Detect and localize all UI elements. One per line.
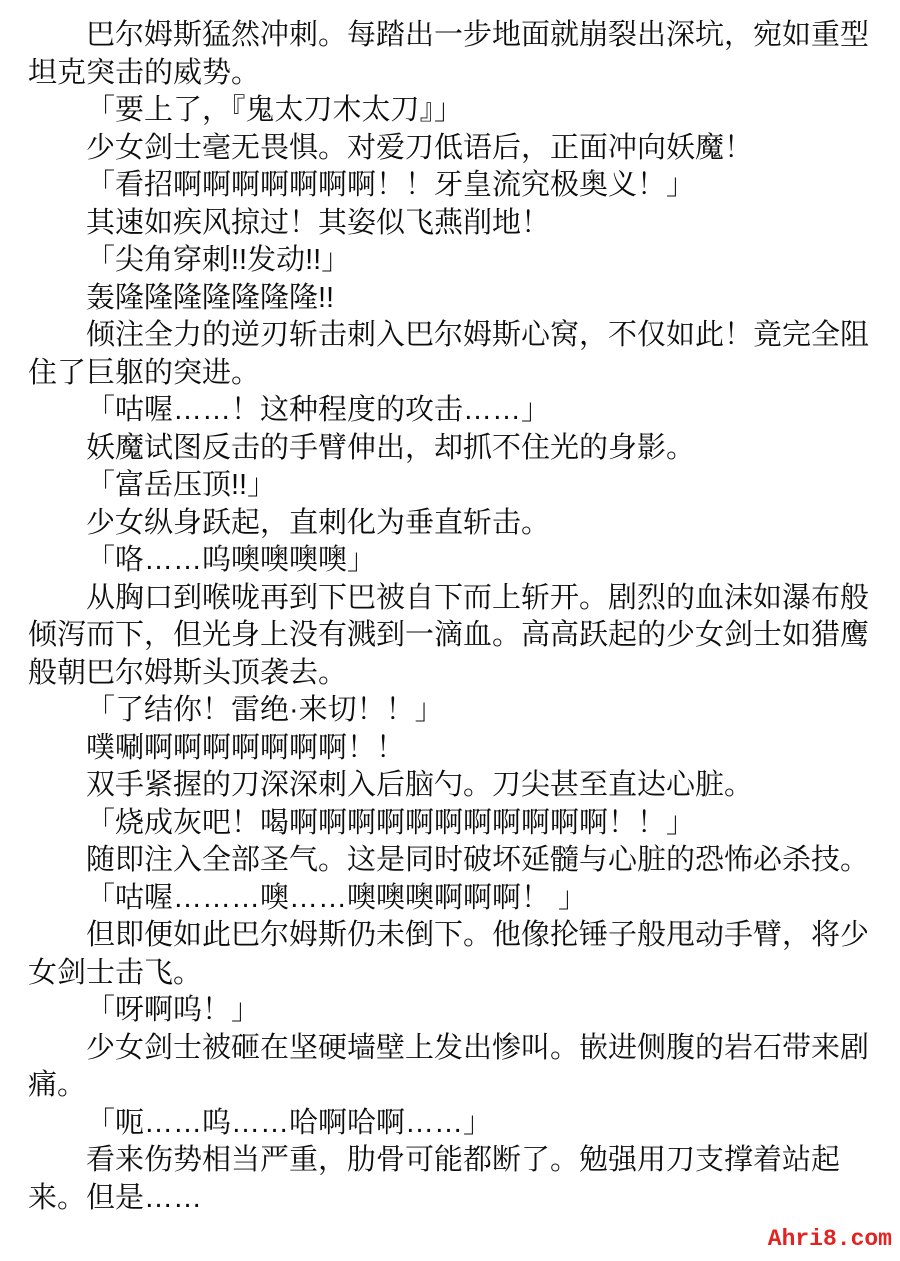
text-line: 倾泻而下，但光身上没有溅到一滴血。高高跃起的少女剑士如猎鹰 [28, 617, 873, 655]
text-line: 来。但是…… [28, 1180, 873, 1218]
text-line: 少女剑士毫无畏惧。对爱刀低语后，正面冲向妖魔！ [28, 130, 873, 168]
watermark-ahri8: Ahri8.com [768, 1226, 892, 1252]
text-line: 从胸口到喉咙再到下巴被自下而上斩开。剧烈的血沫如瀑布般 [28, 580, 873, 618]
text-line: 「了结你！雷绝·来切！！」 [28, 692, 873, 730]
paragraph: 从胸口到喉咙再到下巴被自下而上斩开。剧烈的血沫如瀑布般倾泻而下，但光身上没有溅到… [28, 580, 873, 693]
paragraph: 「呀啊呜！」 [28, 992, 873, 1030]
text-line: 「呃……呜……哈啊哈啊……」 [28, 1105, 873, 1143]
text-line: 「呀啊呜！」 [28, 992, 873, 1030]
novel-page: 巴尔姆斯猛然冲刺。每踏出一步地面就崩裂出深坑，宛如重型坦克突击的威势。 「要上了… [0, 0, 900, 1261]
text-line: 噗唰啊啊啊啊啊啊啊！！ [28, 730, 873, 768]
text-line: 坦克突击的威势。 [28, 55, 873, 93]
text-line: 少女纵身跃起，直刺化为垂直斩击。 [28, 505, 873, 543]
paragraph: 双手紧握的刀深深刺入后脑勺。刀尖甚至直达心脏。 [28, 767, 873, 805]
text-line: 「看招啊啊啊啊啊啊啊！！牙皇流究极奥义！」 [28, 167, 873, 205]
text-line: 「要上了，『鬼太刀木太刀』」 [28, 92, 873, 130]
text-line: 轰隆隆隆隆隆隆隆!! [28, 280, 873, 318]
text-line: 「烧成灰吧！喝啊啊啊啊啊啊啊啊啊啊啊！！」 [28, 805, 873, 843]
paragraph: 妖魔试图反击的手臂伸出，却抓不住光的身影。 [28, 430, 873, 468]
paragraph: 少女剑士毫无畏惧。对爱刀低语后，正面冲向妖魔！ [28, 130, 873, 168]
paragraph: 「咕喔………噢……噢噢噢啊啊啊！ 」 [28, 880, 873, 918]
text-line: 「咯……呜噢噢噢噢」 [28, 542, 873, 580]
paragraph: 噗唰啊啊啊啊啊啊啊！！ [28, 730, 873, 768]
paragraph: 「尖角穿刺!!发动!!」 [28, 242, 873, 280]
paragraph: 但即便如此巴尔姆斯仍未倒下。他像抡锤子般甩动手臂，将少女剑士击飞。 [28, 917, 873, 992]
text-line: 随即注入全部圣气。这是同时破坏延髓与心脏的恐怖必杀技。 [28, 842, 873, 880]
text-line: 看来伤势相当严重，肋骨可能都断了。勉强用刀支撑着站起 [28, 1142, 873, 1180]
paragraph: 「了结你！雷绝·来切！！」 [28, 692, 873, 730]
paragraph: 「要上了，『鬼太刀木太刀』」 [28, 92, 873, 130]
paragraph: 看来伤势相当严重，肋骨可能都断了。勉强用刀支撑着站起来。但是…… [28, 1142, 873, 1217]
paragraph: 「咯……呜噢噢噢噢」 [28, 542, 873, 580]
text-line: 倾注全力的逆刃斩击刺入巴尔姆斯心窝，不仅如此！竟完全阻 [28, 317, 873, 355]
paragraph: 少女剑士被砸在坚硬墙壁上发出惨叫。嵌进侧腹的岩石带来剧痛。 [28, 1030, 873, 1105]
paragraph: 「咕喔……！这种程度的攻击……」 [28, 392, 873, 430]
paragraph: 少女纵身跃起，直刺化为垂直斩击。 [28, 505, 873, 543]
text-line: 少女剑士被砸在坚硬墙壁上发出惨叫。嵌进侧腹的岩石带来剧 [28, 1030, 873, 1068]
text-line: 双手紧握的刀深深刺入后脑勺。刀尖甚至直达心脏。 [28, 767, 873, 805]
text-line: 女剑士击飞。 [28, 955, 873, 993]
text-line: 妖魔试图反击的手臂伸出，却抓不住光的身影。 [28, 430, 873, 468]
paragraph: 「呃……呜……哈啊哈啊……」 [28, 1105, 873, 1143]
page-text: 巴尔姆斯猛然冲刺。每踏出一步地面就崩裂出深坑，宛如重型坦克突击的威势。 「要上了… [28, 17, 873, 1217]
text-line: 「咕喔……！这种程度的攻击……」 [28, 392, 873, 430]
text-line: 其速如疾风掠过！其姿似飞燕削地！ [28, 205, 873, 243]
paragraph: 其速如疾风掠过！其姿似飞燕削地！ [28, 205, 873, 243]
text-line: 般朝巴尔姆斯头顶袭去。 [28, 655, 873, 693]
text-line: 「富岳压顶!!」 [28, 467, 873, 505]
paragraph: 倾注全力的逆刃斩击刺入巴尔姆斯心窝，不仅如此！竟完全阻住了巨躯的突进。 [28, 317, 873, 392]
text-line: 住了巨躯的突进。 [28, 355, 873, 393]
text-line: 痛。 [28, 1067, 873, 1105]
paragraph: 「看招啊啊啊啊啊啊啊！！牙皇流究极奥义！」 [28, 167, 873, 205]
paragraph: 轰隆隆隆隆隆隆隆!! [28, 280, 873, 318]
text-line: 但即便如此巴尔姆斯仍未倒下。他像抡锤子般甩动手臂，将少 [28, 917, 873, 955]
text-line: 巴尔姆斯猛然冲刺。每踏出一步地面就崩裂出深坑，宛如重型 [28, 17, 873, 55]
text-line: 「咕喔………噢……噢噢噢啊啊啊！ 」 [28, 880, 873, 918]
paragraph: 「烧成灰吧！喝啊啊啊啊啊啊啊啊啊啊啊！！」 [28, 805, 873, 843]
text-line: 「尖角穿刺!!发动!!」 [28, 242, 873, 280]
paragraph: 巴尔姆斯猛然冲刺。每踏出一步地面就崩裂出深坑，宛如重型坦克突击的威势。 [28, 17, 873, 92]
paragraph: 「富岳压顶!!」 [28, 467, 873, 505]
paragraph: 随即注入全部圣气。这是同时破坏延髓与心脏的恐怖必杀技。 [28, 842, 873, 880]
